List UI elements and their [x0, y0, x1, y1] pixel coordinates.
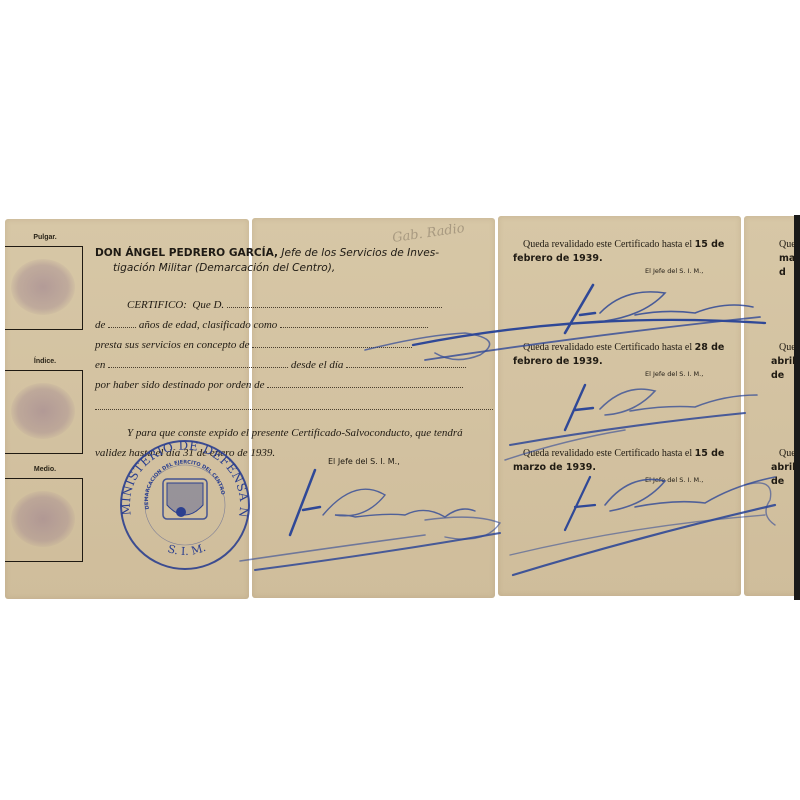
fingerprint-index: [11, 383, 75, 439]
fingerprint-thumb: [11, 259, 75, 315]
revalidation-2-date: febrero de 1939.: [513, 356, 603, 367]
age-field[interactable]: [108, 326, 136, 328]
revalidation-2-day: 28 de: [695, 342, 725, 353]
closing-text-1: Y para que conste expido el presente Cer…: [127, 427, 463, 439]
fingerprint-box-index: [5, 370, 83, 454]
issuer-title: Jefe de los Servicios de Inves-: [278, 247, 439, 259]
revalidation-3-day: 15 de: [695, 448, 725, 459]
fingerprint-label-middle: Medio.: [5, 466, 85, 473]
next-revalidation-3-text: Queda: [771, 447, 795, 461]
fingerprint-box-middle: [5, 478, 83, 562]
classified-label: años de edad, clasificado como: [139, 319, 277, 331]
certificate-signer-title: El Jefe del S. I. M.,: [328, 457, 400, 466]
fingerprint-middle: [11, 491, 75, 547]
next-revalidation-2: Queda abril de: [771, 341, 795, 383]
certifico-label: CERTIFICO:: [127, 299, 187, 311]
since-label: desde el día: [291, 359, 344, 371]
assigned-by-field[interactable]: [267, 386, 463, 388]
fingerprint-label-index: Índice.: [5, 358, 85, 365]
certificate-header: DON ÁNGEL PEDRERO GARCÍA, Jefe de los Se…: [95, 246, 495, 276]
service-field[interactable]: [252, 346, 412, 348]
next-revalidation-3: Queda abril de: [771, 447, 795, 489]
revalidation-1-signer: El Jefe del S. I. M.,: [645, 267, 703, 275]
since-date-field[interactable]: [346, 366, 466, 368]
next-revalidation-3-date: abril de: [771, 462, 795, 487]
de-label: de: [95, 319, 105, 331]
revalidation-1-date: febrero de 1939.: [513, 253, 603, 264]
revalidation-3-date: marzo de 1939.: [513, 462, 596, 473]
revalidation-2-signer: El Jefe del S. I. M.,: [645, 370, 703, 378]
en-label: en: [95, 359, 105, 371]
assigned-label: por haber sido destinado por orden de: [95, 379, 264, 391]
fingerprint-box-thumb: [5, 246, 83, 330]
que-d-label: Que D.: [192, 299, 224, 311]
revalidation-3-text: Queda revalidado este Certificado hasta …: [523, 448, 692, 459]
extra-field[interactable]: [95, 408, 493, 410]
revalidation-1: Queda revalidado este Certificado hasta …: [513, 238, 743, 266]
closing-text-2: validez hasta el día 31 de enero de 1939…: [95, 447, 275, 459]
revalidation-1-text: Queda revalidado este Certificado hasta …: [523, 239, 692, 250]
revalidation-1-day: 15 de: [695, 239, 725, 250]
pencil-note: Gab. Radio: [391, 221, 465, 246]
classification-field[interactable]: [280, 326, 428, 328]
salvoconducto-document: Pulgar. Índice. Medio. Gab. Radio DON ÁN…: [5, 215, 800, 600]
revalidation-3-signer: El Jefe del S. I. M.,: [645, 476, 703, 484]
next-revalidation-1-date: marzo d: [779, 253, 795, 278]
next-revalidation-1: Queda marzo d: [779, 238, 795, 280]
service-label: presta sus servicios en concepto de: [95, 339, 249, 351]
next-revalidation-2-text: Queda: [771, 341, 795, 355]
next-revalidation-1-text: Queda: [779, 238, 795, 252]
next-revalidation-2-date: abril de: [771, 356, 795, 381]
issuer-name: DON ÁNGEL PEDRERO GARCÍA,: [95, 247, 278, 259]
name-field[interactable]: [227, 306, 442, 308]
panel-revalidations: [498, 216, 741, 596]
revalidation-3: Queda revalidado este Certificado hasta …: [513, 447, 743, 475]
revalidation-2: Queda revalidado este Certificado hasta …: [513, 341, 743, 369]
location-field[interactable]: [108, 366, 288, 368]
revalidation-2-text: Queda revalidado este Certificado hasta …: [523, 342, 692, 353]
fingerprint-label-thumb: Pulgar.: [5, 234, 85, 241]
issuer-title-cont: tigación Militar (Demarcación del Centro…: [113, 262, 335, 274]
